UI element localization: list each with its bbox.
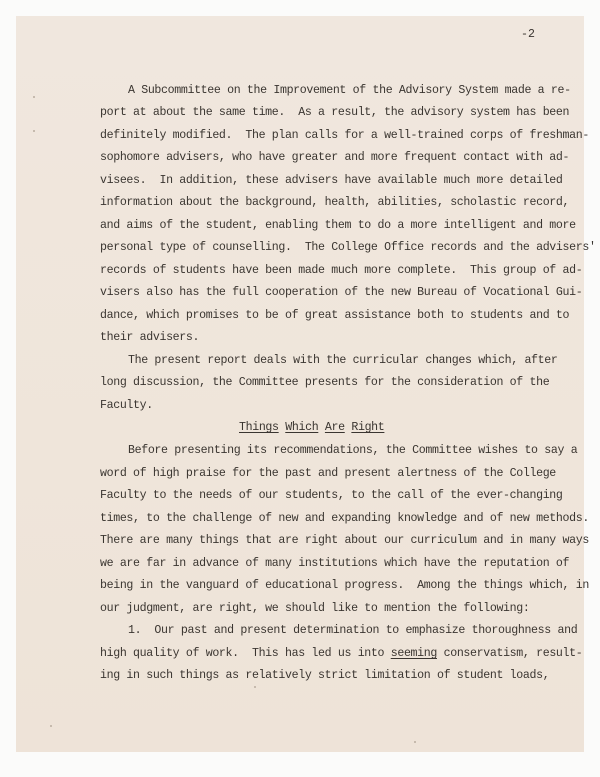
page-number: -2 [521,28,535,41]
text-line: ing in such things as relatively strict … [100,669,549,683]
text-line: Faculty. [100,399,153,413]
text-line: being in the vanguard of educational pro… [100,579,589,593]
text-line: long discussion, the Committee presents … [100,376,549,390]
section-heading: Things Which Are Right [239,421,384,435]
text-line: dance, which promises to be of great ass… [100,309,569,323]
text-line: records of students have been made much … [100,264,582,278]
text-line: high quality of work. This has led us in… [100,647,582,661]
text-line: visers also has the full cooperation of … [100,286,582,300]
paper-speck [33,130,35,132]
text-segment: conservatism, result- [437,647,582,660]
heading-word: Which [285,421,318,434]
text-line: word of high praise for the past and pre… [100,467,556,481]
text-line: our judgment, are right, we should like … [100,602,529,616]
paper-speck [414,741,416,743]
emphasized-word: seeming [391,647,437,660]
text-line: A Subcommittee on the Improvement of the… [128,84,571,98]
list-item-line: 1. Our past and present determination to… [128,624,577,638]
text-segment: high quality of work. This has led us in… [100,647,391,660]
text-line: their advisers. [100,331,199,345]
heading-word: Are [325,421,345,434]
text-line: There are many things that are right abo… [100,534,589,548]
text-line: information about the background, health… [100,196,569,210]
text-line: visees. In addition, these advisers have… [100,174,563,188]
text-line: Before presenting its recommendations, t… [128,444,577,458]
text-line: sophomore advisers, who have greater and… [100,151,569,165]
text-line: we are far in advance of many institutio… [100,557,569,571]
text-line: and aims of the student, enabling them t… [100,219,576,233]
text-line: times, to the challenge of new and expan… [100,512,589,526]
text-line: The present report deals with the curric… [128,354,557,368]
text-line: Faculty to the needs of our students, to… [100,489,563,503]
paper-speck [50,725,52,727]
paper-speck [254,686,256,688]
heading-word: Right [351,421,384,434]
paper-speck [33,96,35,98]
text-line: port at about the same time. As a result… [100,106,569,120]
heading-word: Things [239,421,279,434]
text-line: personal type of counselling. The Colleg… [100,241,596,255]
text-line: definitely modified. The plan calls for … [100,129,589,143]
